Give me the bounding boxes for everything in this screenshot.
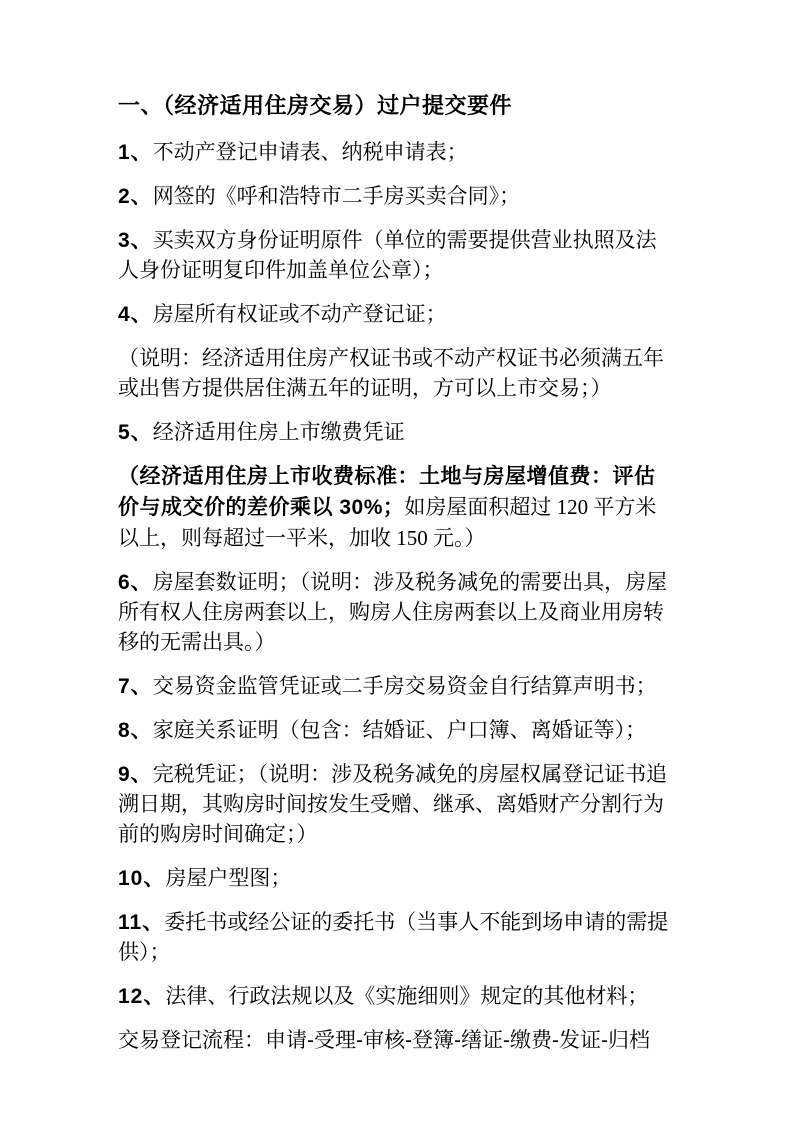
- item-number: 5、: [118, 421, 153, 444]
- item-number: 11、: [118, 911, 164, 934]
- paragraph: 8、家庭关系证明（包含：结婚证、户口簿、离婚证等）；: [118, 716, 675, 746]
- paragraph-text: 完税凭证；（说明：涉及税务减免的房屋权属登记证书追溯日期，其购房时间按发生受赠、…: [118, 763, 667, 846]
- paragraph: 10、房屋户型图；: [118, 864, 675, 894]
- item-number: 10、: [118, 867, 165, 890]
- paragraph: 1、不动产登记申请表、纳税申请表；: [118, 138, 675, 168]
- paragraph-text: 法律、行政法规以及《实施细则》规定的其他材料；: [165, 985, 648, 1008]
- paragraph: （经济适用住房上市收费标准：土地与房屋增值费：评估价与成交价的差价乘以 30%；…: [118, 462, 675, 554]
- paragraph: （说明：经济适用住房产权证书或不动产权证书必须满五年或出售方提供居住满五年的证明…: [118, 344, 675, 404]
- item-number: 8、: [118, 719, 153, 742]
- paragraph-text: 交易资金监管凭证或二手房交易资金自行结算声明书；: [153, 675, 657, 698]
- item-number: 6、: [118, 571, 153, 594]
- item-number: 4、: [118, 303, 153, 326]
- paragraph: 12、法律、行政法规以及《实施细则》规定的其他材料；: [118, 982, 675, 1012]
- paragraph-text: 委托书或经公证的委托书（当事人不能到场申请的需提供）；: [118, 911, 668, 964]
- paragraph-text: 不动产登记申请表、纳税申请表；: [153, 141, 468, 164]
- paragraph: 5、经济适用住房上市缴费凭证: [118, 418, 675, 448]
- item-number: 1、: [118, 141, 153, 164]
- paragraph-text: 房屋户型图；: [165, 867, 291, 890]
- document-title: 一、（经济适用住房交易）过户提交要件: [118, 90, 675, 121]
- item-number: 7、: [118, 675, 153, 698]
- paragraph: 6、房屋套数证明；（说明：涉及税务减免的需要出具，房屋所有权人住房两套以上，购房…: [118, 568, 675, 658]
- item-number: 3、: [118, 229, 153, 252]
- paragraph-text: 网签的《呼和浩特市二手房买卖合同》；: [153, 185, 521, 208]
- document-page: 一、（经济适用住房交易）过户提交要件 1、不动产登记申请表、纳税申请表；2、网签…: [0, 0, 793, 1122]
- paragraph: 交易登记流程：申请-受理-审核-登簿-缮证-缴费-发证-归档: [118, 1026, 675, 1056]
- item-number: 12、: [118, 985, 165, 1008]
- document-body: 1、不动产登记申请表、纳税申请表；2、网签的《呼和浩特市二手房买卖合同》；3、买…: [118, 138, 675, 1056]
- paragraph: 11、委托书或经公证的委托书（当事人不能到场申请的需提供）；: [118, 908, 675, 968]
- paragraph-text: 买卖双方身份证明原件（单位的需要提供营业执照及法人身份证明复印件加盖单位公章）；: [118, 229, 657, 282]
- paragraph: 2、网签的《呼和浩特市二手房买卖合同》；: [118, 182, 675, 212]
- paragraph-text: 家庭关系证明（包含：结婚证、户口簿、离婚证等）；: [153, 719, 647, 742]
- paragraph-text: （说明：经济适用住房产权证书或不动产权证书必须满五年或出售方提供居住满五年的证明…: [118, 347, 664, 400]
- paragraph-text: 经济适用住房上市缴费凭证: [153, 421, 405, 444]
- paragraph-text: 交易登记流程：申请-受理-审核-登簿-缮证-缴费-发证-归档: [118, 1029, 650, 1052]
- paragraph: 4、房屋所有权证或不动产登记证；: [118, 300, 675, 330]
- item-number: 2、: [118, 185, 153, 208]
- paragraph-text: 房屋所有权证或不动产登记证；: [153, 303, 447, 326]
- document-content: 一、（经济适用住房交易）过户提交要件 1、不动产登记申请表、纳税申请表；2、网签…: [118, 90, 675, 1056]
- paragraph: 9、完税凭证；（说明：涉及税务减免的房屋权属登记证书追溯日期，其购房时间按发生受…: [118, 760, 675, 850]
- item-number: 9、: [118, 763, 153, 786]
- paragraph-text: 房屋套数证明；（说明：涉及税务减免的需要出具，房屋所有权人住房两套以上，购房人住…: [118, 571, 667, 654]
- paragraph: 7、交易资金监管凭证或二手房交易资金自行结算声明书；: [118, 672, 675, 702]
- paragraph: 3、买卖双方身份证明原件（单位的需要提供营业执照及法人身份证明复印件加盖单位公章…: [118, 226, 675, 286]
